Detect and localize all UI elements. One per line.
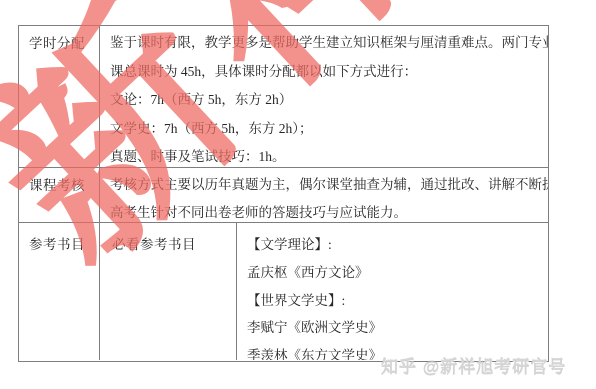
text-line: 课总课时为 45h，具体课时分配都以如下方式进行： xyxy=(110,58,544,87)
hours-allocation-content: 鉴于课时有限，教学更多是帮助学生建立知识框架与厘清重难点。两门专业 课总课时为 … xyxy=(100,26,548,167)
row-label-text: 课程考核 xyxy=(29,178,85,193)
text-line: 文论：7h（西方 5h，东方 2h） xyxy=(110,86,544,115)
row-label-hours-allocation: 学时分配 xyxy=(19,26,100,167)
table-row-reference-books: 参考书目 必看参考书目 【文学理论】: 孟庆枢《西方文论》 【世界文学史】: 李… xyxy=(19,223,548,360)
book-item: 李赋宁《欧洲文学史》 xyxy=(247,314,544,342)
book-category: 【文学理论】: xyxy=(247,231,544,259)
text-line: 鉴于课时有限，教学更多是帮助学生建立知识框架与厘清重难点。两门专业 xyxy=(110,29,544,58)
document-page: 学时分配 鉴于课时有限，教学更多是帮助学生建立知识框架与厘清重难点。两门专业 课… xyxy=(0,0,596,389)
table-row-course-assessment: 课程考核 考核方式主要以历年真题为主，偶尔课堂抽查为辅，通过批改、讲解不断提 高… xyxy=(19,168,548,223)
table-row-hours-allocation: 学时分配 鉴于课时有限，教学更多是帮助学生建立知识框架与厘清重难点。两门专业 课… xyxy=(19,26,548,168)
reference-books-list: 【文学理论】: 孟庆枢《西方文论》 【世界文学史】: 李赋宁《欧洲文学史》 季羡… xyxy=(237,223,548,360)
row-label-text: 学时分配 xyxy=(29,36,85,51)
row-label-course-assessment: 课程考核 xyxy=(19,168,100,222)
zhihu-account-watermark: 知乎 @新祥旭考研官号 xyxy=(381,353,566,378)
book-item: 孟庆枢《西方文论》 xyxy=(247,259,544,287)
must-read-books-header: 必看参考书目 xyxy=(100,223,237,360)
row-label-text: 参考书目 xyxy=(29,237,85,252)
text-line: 真题、时事及笔试技巧：1h。 xyxy=(110,143,544,167)
course-info-table: 学时分配 鉴于课时有限，教学更多是帮助学生建立知识框架与厘清重难点。两门专业 课… xyxy=(18,25,549,362)
row-label-reference-books: 参考书目 xyxy=(19,223,100,360)
course-assessment-content: 考核方式主要以历年真题为主，偶尔课堂抽查为辅，通过批改、讲解不断提 高考生针对不… xyxy=(100,168,548,222)
text-line: 文学史：7h（西方 5h，东方 2h）； xyxy=(110,115,544,144)
book-category: 【世界文学史】: xyxy=(247,287,544,315)
text-line: 考核方式主要以历年真题为主，偶尔课堂抽查为辅，通过批改、讲解不断提 xyxy=(110,171,544,199)
sub-label-text: 必看参考书目 xyxy=(112,237,196,252)
text-line: 高考生针对不同出卷老师的答题技巧与应试能力。 xyxy=(110,199,544,222)
